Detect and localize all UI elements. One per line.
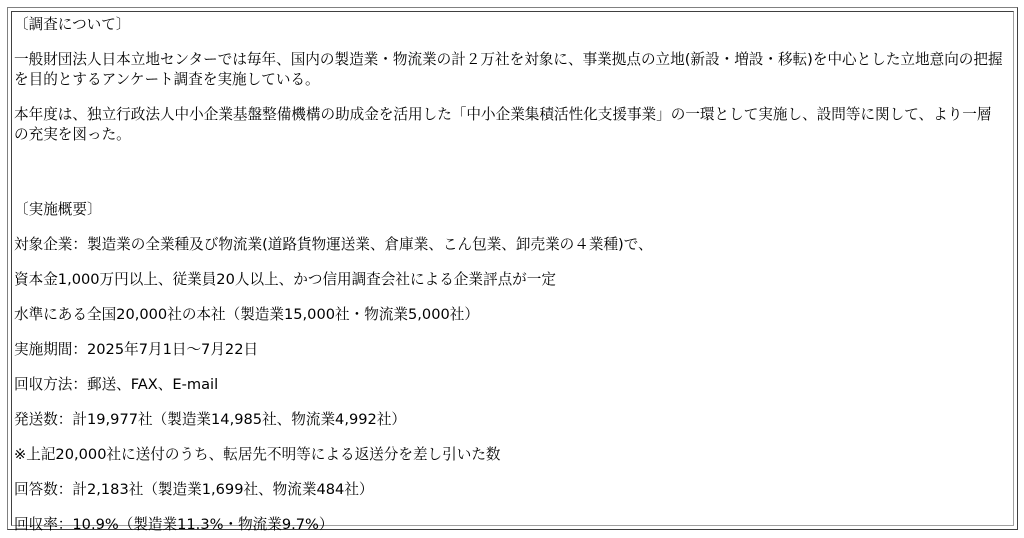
overview-target-companies: 対象企業：製造業の全業種及び物流業(道路貨物運送業、倉庫業、こん包業、卸売業の４… (14, 235, 1013, 255)
about-paragraph-2: 本年度は、独立行政法人中小企業基盤整備機構の助成金を活用した「中小企業集積活性化… (14, 105, 1004, 145)
overview-target-count: 水準にある全国20,000社の本社（製造業15,000社・物流業5,000社） (14, 305, 1013, 325)
section-heading-overview: 〔実施概要〕 (14, 200, 1013, 220)
overview-period: 実施期間：2025年7月1日～7月22日 (14, 340, 1013, 360)
overview-response-rate: 回収率：10.9%（製造業11.3%・物流業9.7%） (14, 515, 1013, 535)
document-body: 〔調査について〕 一般財団法人日本立地センターでは毎年、国内の製造業・物流業の計… (11, 11, 1014, 526)
section-heading-about: 〔調査について〕 (14, 15, 1013, 35)
about-paragraph-1: 一般財団法人日本立地センターでは毎年、国内の製造業・物流業の計２万社を対象に、事… (14, 50, 1004, 90)
document-frame: 〔調査について〕 一般財団法人日本立地センターでは毎年、国内の製造業・物流業の計… (7, 7, 1018, 530)
overview-target-criteria: 資本金1,000万円以上、従業員20人以上、かつ信用調査会社による企業評点が一定 (14, 270, 1013, 290)
overview-collection-method: 回収方法：郵送、FAX、E-mail (14, 375, 1013, 395)
overview-response-count: 回答数：計2,183社（製造業1,699社、物流業484社） (14, 480, 1013, 500)
overview-sent-count: 発送数：計19,977社（製造業14,985社、物流業4,992社） (14, 410, 1013, 430)
overview-sent-note: ※上記20,000社に送付のうち、転居先不明等による返送分を差し引いた数 (14, 445, 1013, 465)
